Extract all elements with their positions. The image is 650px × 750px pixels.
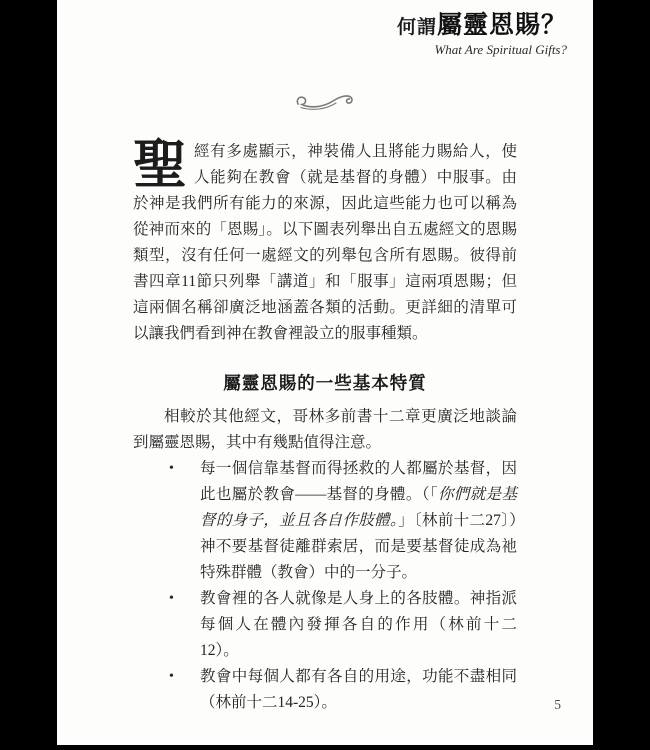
intro-text: 經有多處顯示，神裝備人且將能力賜給人，使人能夠在教會（就是基督的身體）中服事。由… (133, 143, 517, 342)
list-item: •每一個信靠基督而得拯救的人都屬於基督，因此也屬於教會——基督的身體。（「你們就… (133, 456, 517, 586)
book-page: 何謂屬靈恩賜？ What Are Spiritual Gifts? 聖經有多處顯… (57, 0, 593, 745)
section-lead-paragraph: 相較於其他經文，哥林多前書十二章更廣泛地談論到屬靈恩賜，其中有幾點值得注意。 (133, 404, 517, 456)
bullet-icon: • (169, 664, 174, 690)
chapter-title: 屬靈恩賜？ (437, 12, 567, 39)
swirl-flourish-icon (292, 89, 358, 115)
bullet-text: 教會裡的各人就像是人身上的各肢體。神指派每個人在體內發揮各自的作用（林前十二12… (200, 590, 517, 659)
page-body: 聖經有多處顯示，神裝備人且將能力賜給人，使人能夠在教會（就是基督的身體）中服事。… (133, 139, 517, 716)
chapter-title-prefix: 何謂 (397, 17, 437, 38)
ornament-container (57, 89, 593, 117)
bullet-list: •每一個信靠基督而得拯救的人都屬於基督，因此也屬於教會——基督的身體。（「你們就… (133, 456, 517, 716)
intro-paragraph: 聖經有多處顯示，神裝備人且將能力賜給人，使人能夠在教會（就是基督的身體）中服事。… (133, 139, 517, 347)
bullet-text: 教會中每個人都有各自的用途，功能不盡相同（林前十二14-25）。 (200, 668, 517, 711)
bullet-icon: • (169, 586, 174, 612)
section-heading: 屬靈恩賜的一些基本特質 (133, 370, 517, 396)
bullet-icon: • (169, 456, 174, 482)
list-item: •教會中每個人都有各自的用途，功能不盡相同（林前十二14-25）。 (133, 664, 517, 716)
drop-cap: 聖 (133, 140, 187, 190)
page-header: 何謂屬靈恩賜？ What Are Spiritual Gifts? (57, 0, 593, 57)
page-number: 5 (554, 697, 561, 713)
chapter-subtitle: What Are Spiritual Gifts? (57, 43, 567, 57)
list-item: •教會裡的各人就像是人身上的各肢體。神指派每個人在體內發揮各自的作用（林前十二1… (133, 586, 517, 664)
